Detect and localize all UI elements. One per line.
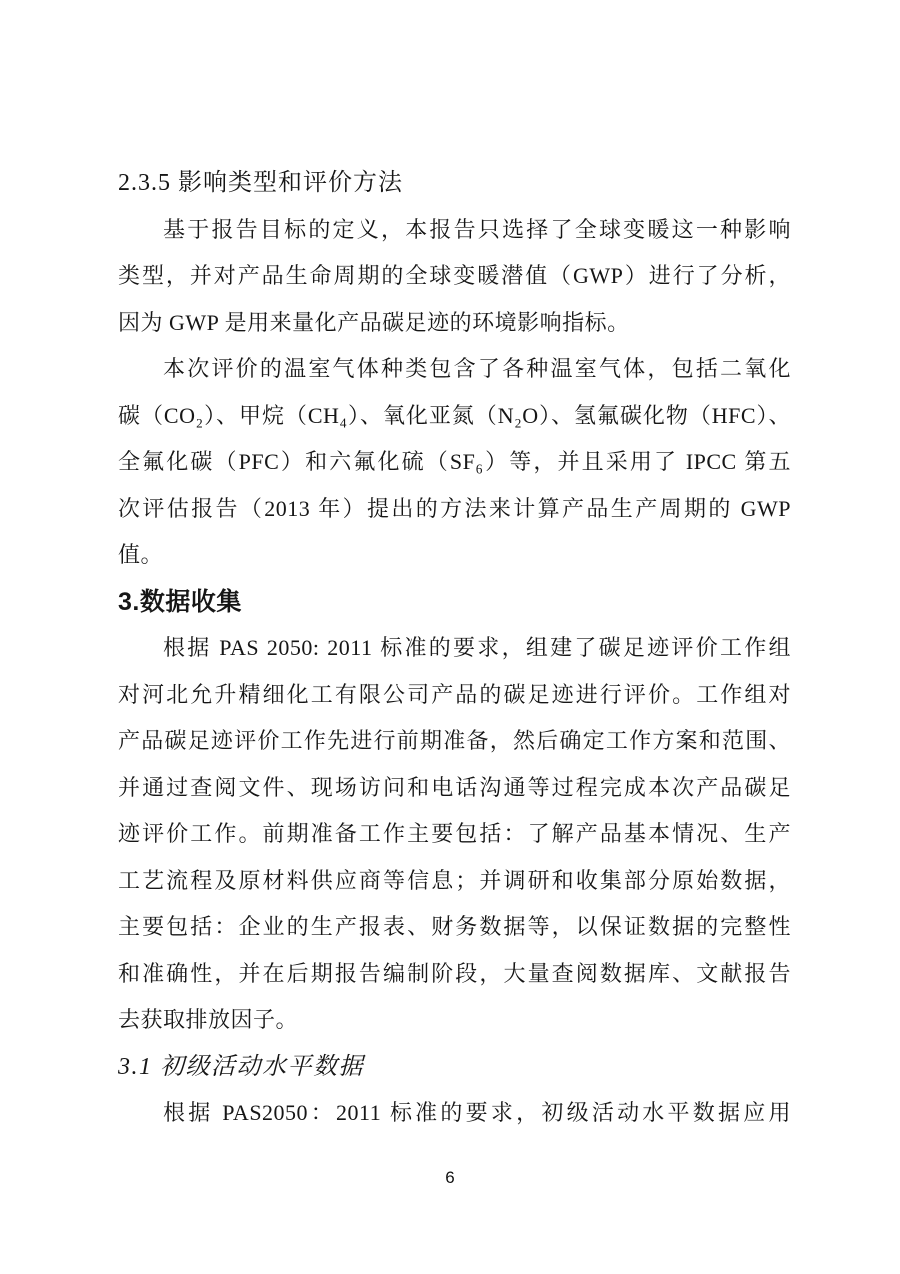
text-line: 去获取排放因子。 — [118, 997, 791, 1044]
text-line: 并通过查阅文件、现场访问和电话沟通等过程完成本次产品碳足 — [118, 765, 791, 812]
document-body: 2.3.5 影响类型和评价方法 基于报告目标的定义，本报告只选择了全球变暖这一种… — [118, 160, 791, 1137]
text-line: 全氟化碳（PFC）和六氟化硫（SF₆）等，并且采用了 IPCC 第五 — [118, 439, 791, 486]
text-line: 根据 PAS 2050: 2011 标准的要求，组建了碳足迹评价工作组 — [118, 625, 791, 672]
text-line: 主要包括：企业的生产报表、财务数据等，以保证数据的完整性 — [118, 904, 791, 951]
text-line: 碳（CO₂）、甲烷（CH₄）、氧化亚氮（N₂O）、氢氟碳化物（HFC）、 — [118, 393, 791, 440]
section-heading-3: 3.数据收集 — [118, 579, 791, 626]
text-line: 值。 — [118, 532, 791, 579]
document-page: 2.3.5 影响类型和评价方法 基于报告目标的定义，本报告只选择了全球变暖这一种… — [0, 0, 900, 1274]
text-line: 因为 GWP 是用来量化产品碳足迹的环境影响指标。 — [118, 300, 791, 347]
paragraph-primary-activity-data: 根据 PAS2050：2011 标准的要求，初级活动水平数据应用 — [118, 1090, 791, 1137]
section-heading-2-3-5: 2.3.5 影响类型和评价方法 — [118, 160, 791, 207]
text-line: 类型，并对产品生命周期的全球变暖潜值（GWP）进行了分析， — [118, 253, 791, 300]
page-number: 6 — [0, 1168, 900, 1188]
section-heading-3-1: 3.1 初级活动水平数据 — [118, 1044, 791, 1091]
text-line: 迹评价工作。前期准备工作主要包括：了解产品基本情况、生产 — [118, 811, 791, 858]
paragraph-data-collection: 根据 PAS 2050: 2011 标准的要求，组建了碳足迹评价工作组 对河北允… — [118, 625, 791, 1044]
text-line: 对河北允升精细化工有限公司产品的碳足迹进行评价。工作组对 — [118, 672, 791, 719]
text-line: 和准确性，并在后期报告编制阶段，大量查阅数据库、文献报告 — [118, 951, 791, 998]
text-line: 根据 PAS2050：2011 标准的要求，初级活动水平数据应用 — [118, 1090, 791, 1137]
text-line: 工艺流程及原材料供应商等信息；并调研和收集部分原始数据， — [118, 858, 791, 905]
text-line: 本次评价的温室气体种类包含了各种温室气体，包括二氧化 — [118, 346, 791, 393]
text-line: 基于报告目标的定义，本报告只选择了全球变暖这一种影响 — [118, 207, 791, 254]
paragraph-impact-types: 基于报告目标的定义，本报告只选择了全球变暖这一种影响 类型，并对产品生命周期的全… — [118, 207, 791, 347]
paragraph-greenhouse-gases: 本次评价的温室气体种类包含了各种温室气体，包括二氧化 碳（CO₂）、甲烷（CH₄… — [118, 346, 791, 579]
text-line: 次评估报告（2013 年）提出的方法来计算产品生产周期的 GWP — [118, 486, 791, 533]
text-line: 产品碳足迹评价工作先进行前期准备，然后确定工作方案和范围、 — [118, 718, 791, 765]
